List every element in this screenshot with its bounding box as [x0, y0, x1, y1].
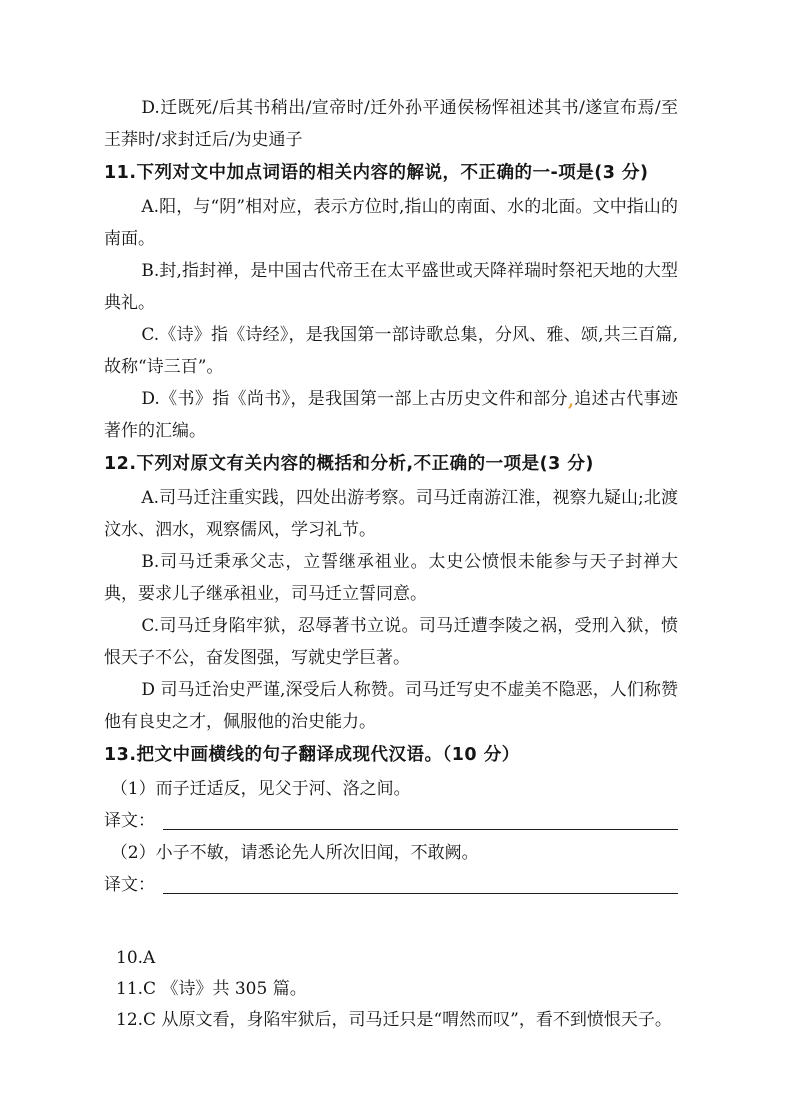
q12-option-c: C.司马迁身陷牢狱，忍辱著书立说。司马迁遭李陵之祸，受刑入狱，愤恨天子不公，奋发… [104, 610, 678, 674]
q11-option-a: A.阳，与“阴”相对应，表示方位时,指山的南面、水的北面。文中指山的南面。 [104, 191, 678, 255]
exam-document-page: D.迁既死/后其书稍出/宣帝时/迁外孙平通侯杨恽祖述其书/遂宣布焉/至王莽时/求… [0, 0, 792, 1120]
question-13-heading: 13.把文中画横线的句子翻译成现代汉语。（10 分） [104, 739, 678, 772]
question10-option-d-text: D.迁既死/后其书稍出/宣帝时/迁外孙平通侯杨恽祖述其书/遂宣布焉/至王莽时/求… [104, 92, 678, 156]
answer-key-11: 11.C 《诗》共 305 篇。 [116, 974, 678, 1005]
q11-option-d: D.《书》指《尚书》，是我国第一部上古历史文件和部分,追述古代事迹著作的汇编。 [104, 383, 678, 447]
q11-option-d-prefix: D.《书》指《尚书》，是我国第一部上古历史文件和部分 [141, 389, 568, 409]
q12-option-a: A.司马迁注重实践，四处出游考察。司马迁南游江淮，视察九疑山;北渡汶水、泗水，观… [104, 482, 678, 546]
question-12-heading: 12.下列对原文有关内容的概括和分析,不正确的一项是(3 分) [104, 448, 678, 481]
q13-sentence-2: （2）小子不敏，请悉论先人所次旧闻，不敢阙。 [104, 837, 678, 869]
answer-blank-line-2 [163, 893, 678, 894]
q11-option-b: B.封,指封禅，是中国古代帝王在太平盛世或天降祥瑞时祭祀天地的大型典礼。 [104, 255, 678, 319]
answer-key-10: 10.A [116, 943, 678, 974]
translation-label-2: 译文： [104, 869, 155, 901]
q12-option-d: D 司马迁治史严谨,深受后人称赞。司马迁写史不虚美不隐恶，人们称赞他有良史之才，… [104, 674, 678, 738]
q11-option-c: C.《诗》指《诗经》，是我国第一部诗歌总集，分风、雅、颂,共三百篇,故称“诗三百… [104, 319, 678, 383]
answer-blank-line-1 [163, 829, 678, 830]
translation-line-1: 译文： [104, 805, 678, 837]
answer-key-12: 12.C 从原文看，身陷牢狱后，司马迁只是“喟然而叹”，看不到愤恨天子。 [116, 1005, 678, 1036]
question-11-heading: 11.下列对文中加点词语的相关内容的解说，不正确的一-项是(3 分) [104, 157, 678, 190]
q12-option-b: B.司马迁秉承父志，立誓继承祖业。太史公愤恨未能参与天子封禅大典，要求儿子继承祖… [104, 546, 678, 610]
translation-label-1: 译文： [104, 805, 155, 837]
proofreading-mark: , [568, 391, 574, 411]
q13-sentence-1: （1）而子迁适反，见父于河、洛之间。 [104, 773, 678, 805]
answer-key-section: 10.A 11.C 《诗》共 305 篇。 12.C 从原文看，身陷牢狱后，司马… [116, 943, 678, 1036]
translation-line-2: 译文： [104, 869, 678, 901]
